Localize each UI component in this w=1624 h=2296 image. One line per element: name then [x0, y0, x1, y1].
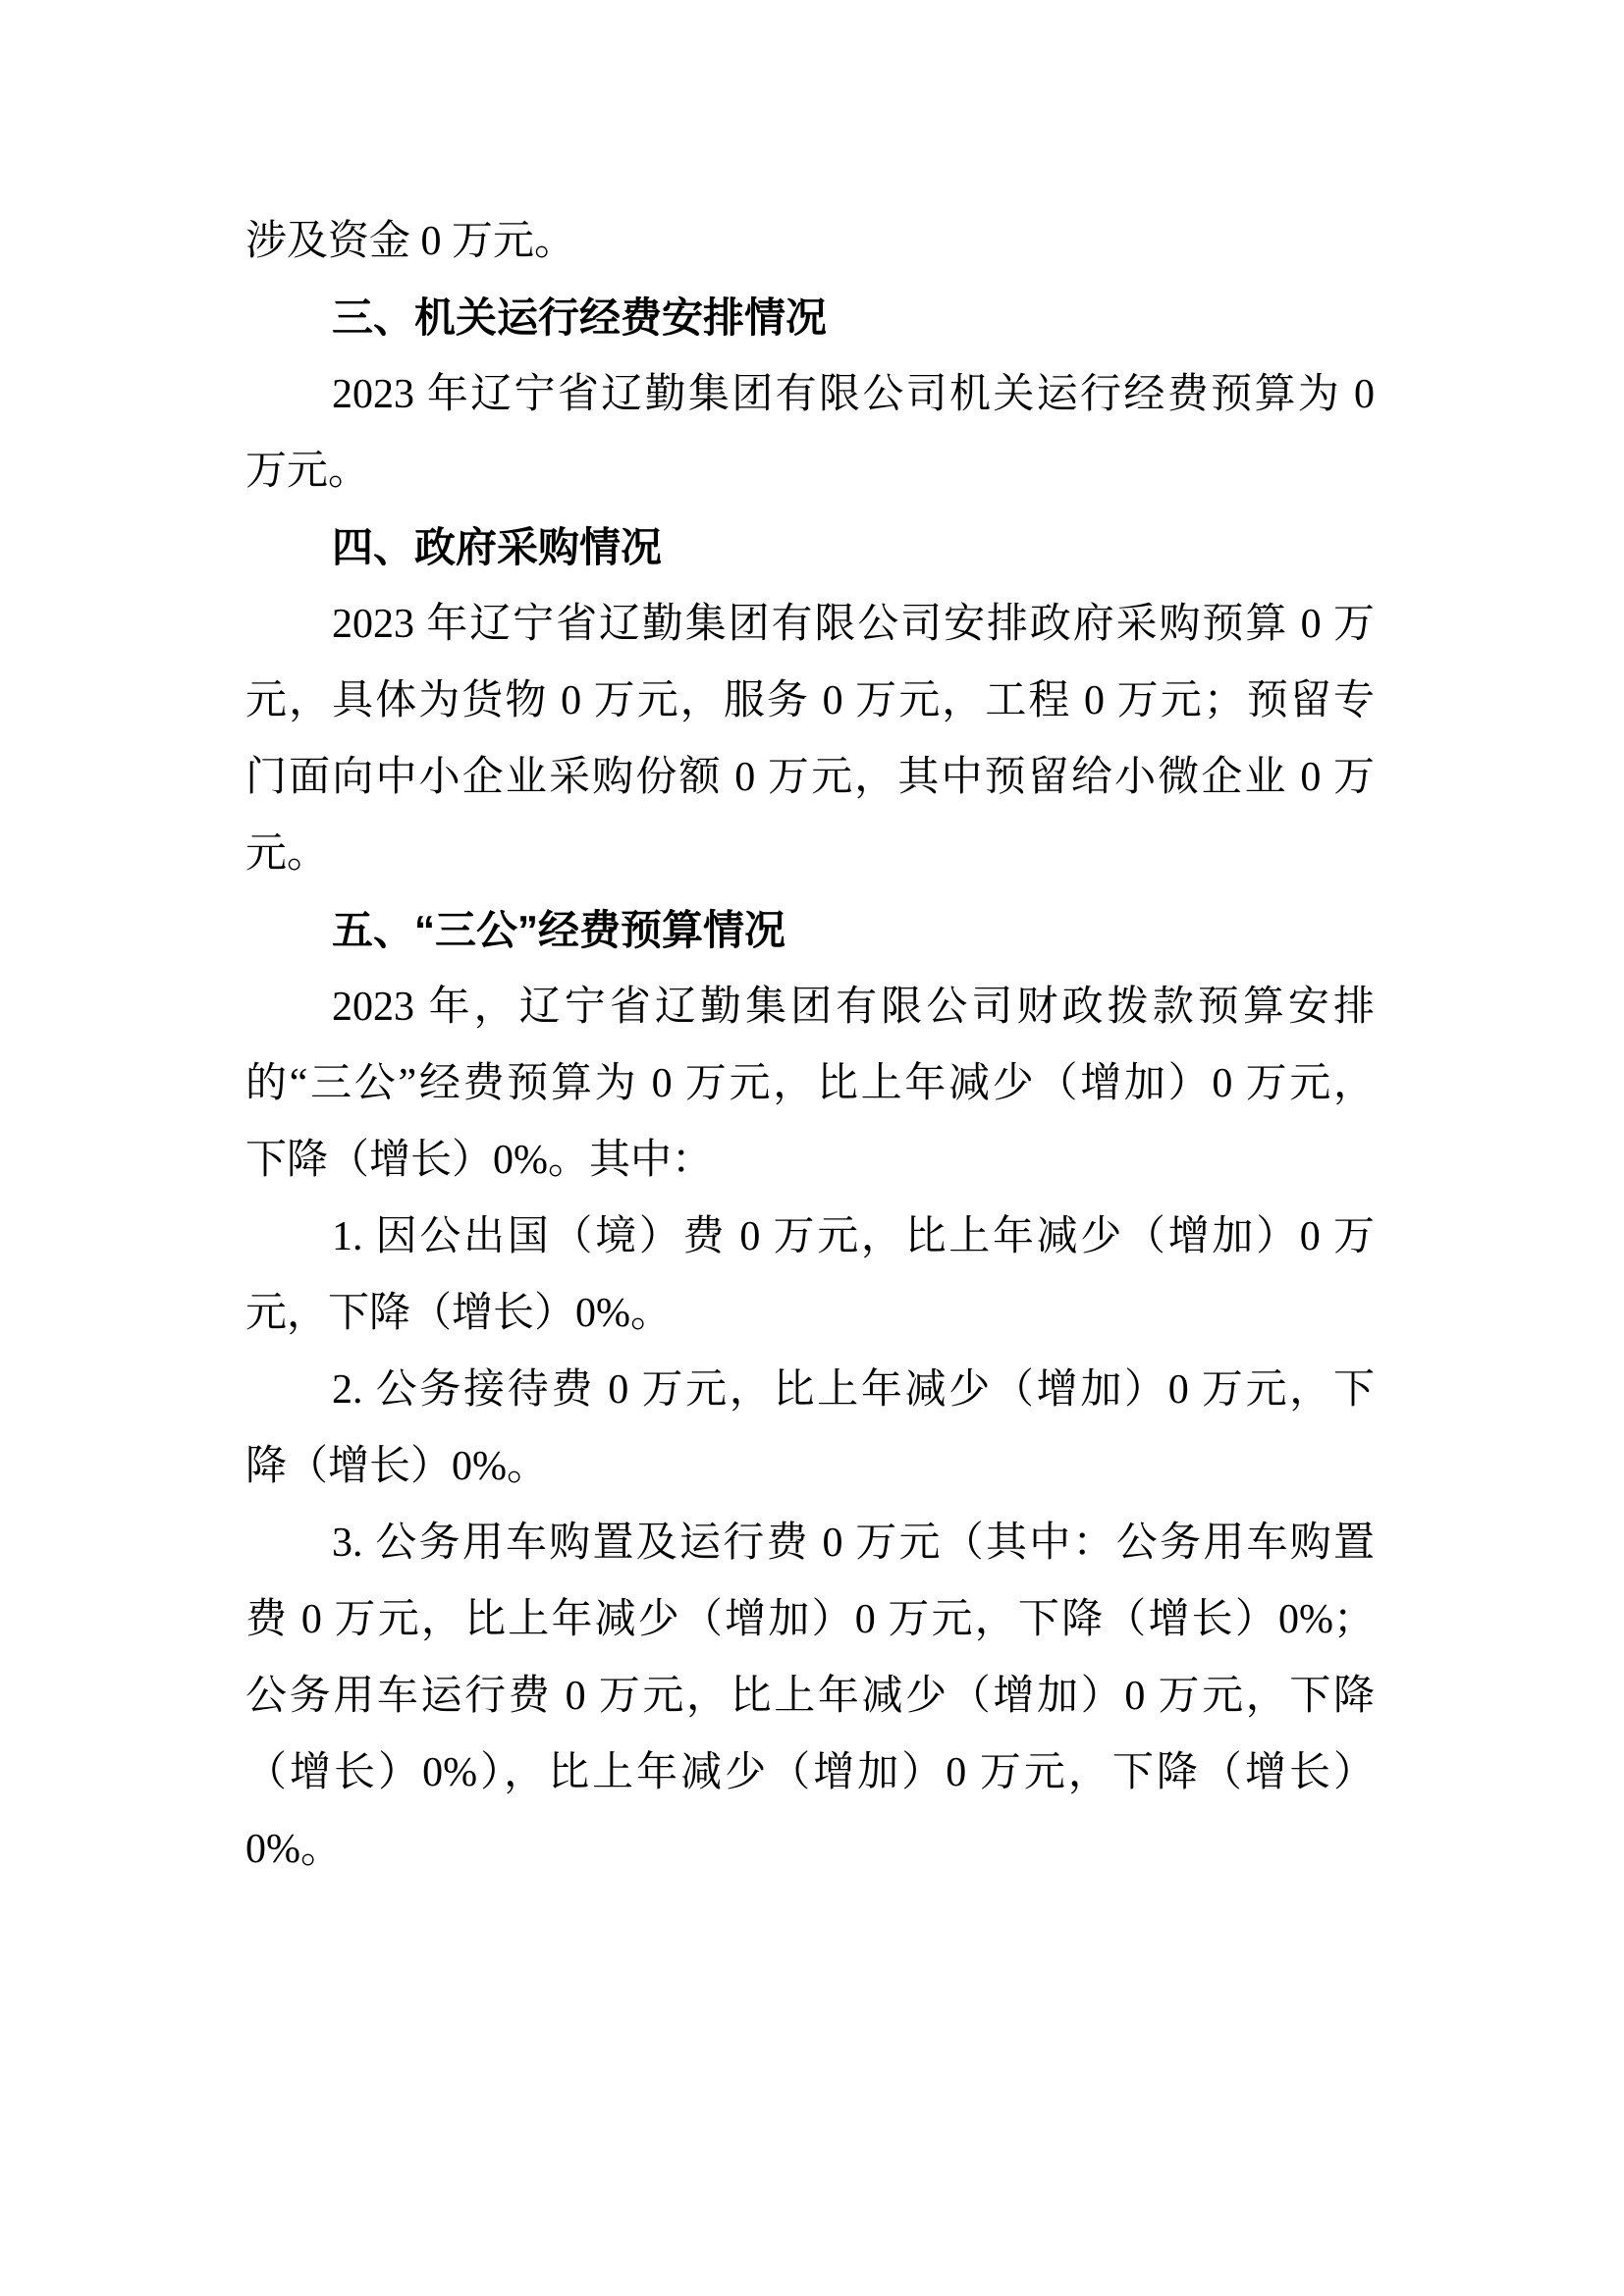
section-heading: 五、“三公”经费预算情况: [245, 892, 1375, 969]
paragraph-line: 元，具体为货物 0 万元，服务 0 万元，工程 0 万元；预留专: [245, 663, 1375, 739]
paragraph-line: 公务用车运行费 0 万元，比上年减少（增加）0 万元，下降: [245, 1658, 1375, 1735]
paragraph-line: 下降（增长）0%。其中：: [245, 1122, 1375, 1199]
paragraph-line: 降（增长）0%。: [245, 1428, 1375, 1505]
paragraph-line: 0%。: [245, 1811, 1375, 1888]
paragraph-line: 元，下降（增长）0%。: [245, 1275, 1375, 1352]
paragraph-line: 2023 年辽宁省辽勤集团有限公司安排政府采购预算 0 万: [245, 586, 1375, 663]
paragraph-line: （增长）0%），比上年减少（增加）0 万元，下降（增长）: [245, 1735, 1375, 1811]
paragraph-line: 万元。: [245, 433, 1375, 509]
section-heading: 三、机关运行经费安排情况: [245, 280, 1375, 356]
paragraph-line: 的“三公”经费预算为 0 万元，比上年减少（增加）0 万元，: [245, 1045, 1375, 1122]
paragraph-line: 2023 年辽宁省辽勤集团有限公司机关运行经费预算为 0: [245, 356, 1375, 433]
paragraph-line: 涉及资金 0 万元。: [245, 203, 1375, 280]
paragraph-line: 2. 公务接待费 0 万元，比上年减少（增加）0 万元，下: [245, 1352, 1375, 1428]
paragraph-line: 2023 年，辽宁省辽勤集团有限公司财政拨款预算安排: [245, 969, 1375, 1045]
paragraph-line: 费 0 万元，比上年减少（增加）0 万元，下降（增长）0%；: [245, 1581, 1375, 1658]
document-page: 涉及资金 0 万元。三、机关运行经费安排情况2023 年辽宁省辽勤集团有限公司机…: [0, 0, 1624, 2296]
paragraph-line: 门面向中小企业采购份额 0 万元，其中预留给小微企业 0 万: [245, 739, 1375, 816]
paragraph-line: 元。: [245, 816, 1375, 892]
paragraph-line: 1. 因公出国（境）费 0 万元，比上年减少（增加）0 万: [245, 1199, 1375, 1275]
document-content: 涉及资金 0 万元。三、机关运行经费安排情况2023 年辽宁省辽勤集团有限公司机…: [245, 203, 1375, 1888]
paragraph-line: 3. 公务用车购置及运行费 0 万元（其中：公务用车购置: [245, 1505, 1375, 1581]
section-heading: 四、政府采购情况: [245, 509, 1375, 586]
